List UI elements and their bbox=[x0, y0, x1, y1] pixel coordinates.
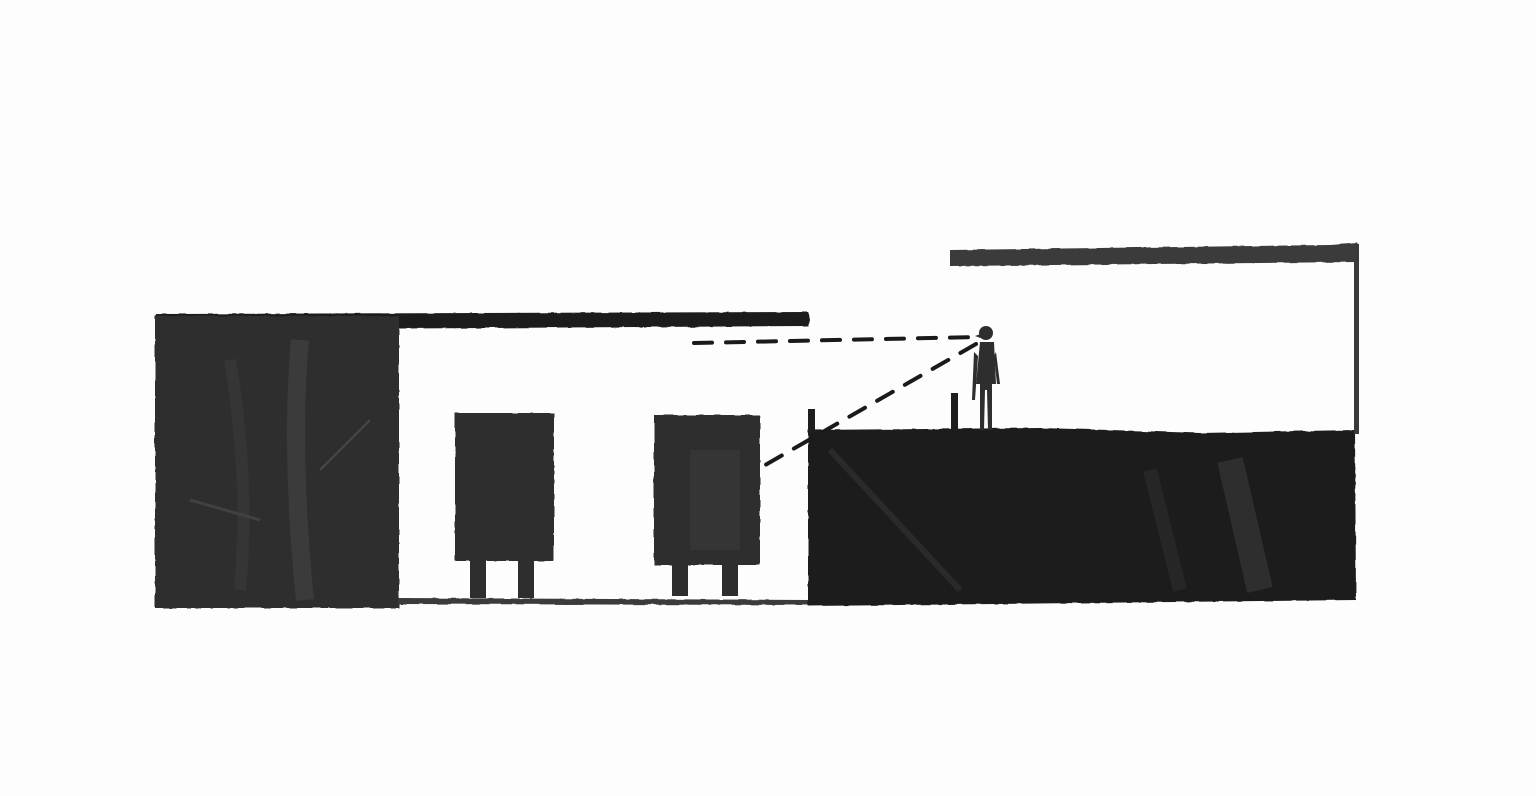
gallery-floor bbox=[398, 598, 808, 605]
right-wall bbox=[1354, 244, 1359, 434]
display-case-1 bbox=[455, 413, 554, 598]
viewer-figure bbox=[972, 326, 1000, 430]
left-solid-block bbox=[155, 316, 399, 608]
right-roof-slab bbox=[950, 243, 1358, 266]
railing-post-2 bbox=[951, 393, 958, 431]
sightline-horizontal bbox=[694, 337, 978, 343]
display-case-2 bbox=[654, 415, 760, 596]
railing-post-1 bbox=[808, 409, 815, 433]
section-drawing bbox=[0, 0, 1536, 796]
